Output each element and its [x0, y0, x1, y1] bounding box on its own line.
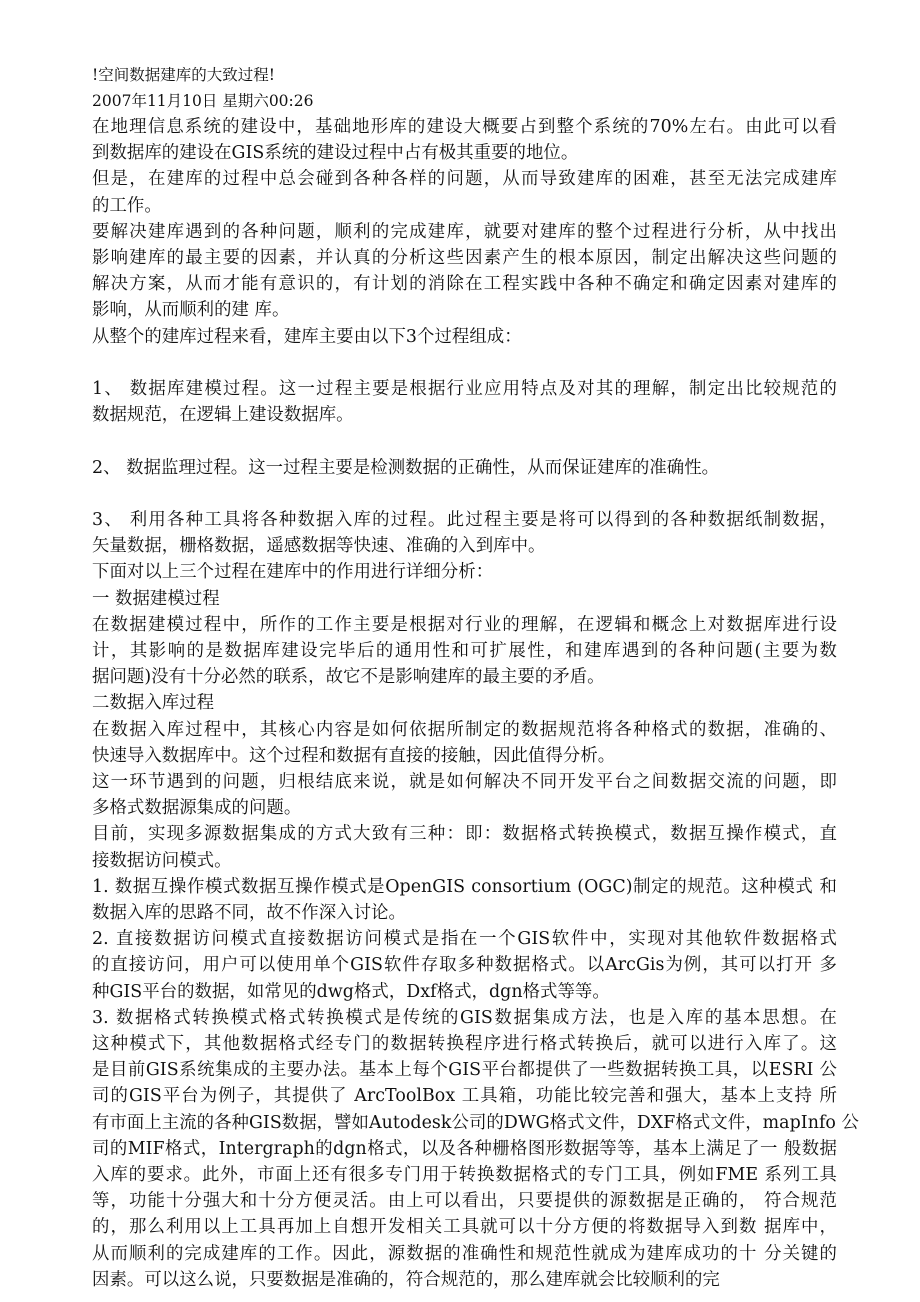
text-line: 这种模式下，其他数据格式经专门的数据转换程序进行格式转换后，就可以进行入库了。这 [92, 1031, 837, 1057]
text-line: 要解决建库遇到的各种问题，顺利的完成建库，就要对建库的整个过程进行分析，从中找出 [92, 219, 837, 245]
text-line: 1、 数据库建模过程。这一过程主要是根据行业应用特点及对其的理解，制定出比较规范… [92, 376, 837, 402]
text-line: 从而顺利的完成建库的工作。因此，源数据的准确性和规范性就成为建库成功的十 分关键… [92, 1241, 837, 1267]
paragraph: 1. 数据互操作模式数据互操作模式是OpenGIS consortium (OG… [92, 874, 837, 926]
document-body: 在地理信息系统的建设中，基础地形库的建设大概要占到整个系统的70%左右。由此可以… [92, 114, 837, 1293]
paragraph: 这一环节遇到的问题，归根结底来说，就是如何解决不同开发平台之间数据交流的问题，即… [92, 769, 837, 821]
paragraph: 下面对以上三个过程在建库中的作用进行详细分析： [92, 559, 837, 585]
paragraph: 在数据建模过程中，所作的工作主要是根据对行业的理解，在逻辑和概念上对数据库进行设… [92, 612, 837, 691]
paragraph: 3、 利用各种工具将各种数据入库的过程。此过程主要是将可以得到的各种数据纸制数据… [92, 507, 837, 559]
text-line: 在地理信息系统的建设中，基础地形库的建设大概要占到整个系统的70%左右。由此可以… [92, 114, 837, 140]
text-line: 2、 数据监理过程。这一过程主要是检测数据的正确性，从而保证建库的准确性。 [92, 455, 837, 481]
document-date: 2007年11月10日 星期六00:26 [92, 88, 837, 114]
paragraph: 2、 数据监理过程。这一过程主要是检测数据的正确性，从而保证建库的准确性。 [92, 455, 837, 481]
text-line: 数据规范，在逻辑上建设数据库。 [92, 402, 837, 428]
text-line: 但是，在建库的过程中总会碰到各种各样的问题，从而导致建库的困难，甚至无法完成建库 [92, 166, 837, 192]
text-line: 等，功能十分强大和十分方便灵活。由上可以看出，只要提供的源数据是正确的， 符合规… [92, 1188, 837, 1214]
text-line: 计，其影响的是数据库建设完毕后的通用性和可扩展性，和建库遇到的各种问题(主要为数 [92, 638, 837, 664]
paragraph: 二数据入库过程 [92, 690, 837, 716]
text-line: 司的MIF格式，Intergraph的dgn格式，以及各种栅格图形数据等等，基本… [92, 1136, 837, 1162]
blank-line [92, 428, 837, 454]
paragraph: 1、 数据库建模过程。这一过程主要是根据行业应用特点及对其的理解，制定出比较规范… [92, 376, 837, 428]
text-line: 数据入库的思路不同，故不作深入讨论。 [92, 900, 837, 926]
text-line: 目前，实现多源数据集成的方式大致有三种：即：数据格式转换模式，数据互操作模式，直 [92, 821, 837, 847]
text-line: 3. 数据格式转换模式格式转换模式是传统的GIS数据集成方法，也是入库的基本思想… [92, 1005, 837, 1031]
text-line: 1. 数据互操作模式数据互操作模式是OpenGIS consortium (OG… [92, 874, 837, 900]
text-line: 影响建库的最主要的因素，并认真的分析这些因素产生的根本原因，制定出解决这些问题的 [92, 245, 837, 271]
text-line: 下面对以上三个过程在建库中的作用进行详细分析： [92, 559, 837, 585]
text-line: 一 数据建模过程 [92, 586, 837, 612]
document-page: !空间数据建库的大致过程! 2007年11月10日 星期六00:26 在地理信息… [92, 62, 837, 1293]
text-line: 因素。可以这么说，只要数据是准确的，符合规范的，那么建库就会比较顺利的完 [92, 1267, 837, 1293]
paragraph: 但是，在建库的过程中总会碰到各种各样的问题，从而导致建库的困难，甚至无法完成建库… [92, 166, 837, 218]
paragraph: 在数据入库过程中，其核心内容是如何依据所制定的数据规范将各种格式的数据，准确的、… [92, 717, 837, 769]
text-line: 在数据建模过程中，所作的工作主要是根据对行业的理解，在逻辑和概念上对数据库进行设 [92, 612, 837, 638]
paragraph: 在地理信息系统的建设中，基础地形库的建设大概要占到整个系统的70%左右。由此可以… [92, 114, 837, 166]
paragraph: 2. 直接数据访问模式直接数据访问模式是指在一个GIS软件中，实现对其他软件数据… [92, 926, 837, 1005]
text-line: 多格式数据源集成的问题。 [92, 795, 837, 821]
text-line: 入库的要求。此外，市面上还有很多专门用于转换数据格式的专门工具，例如FME 系列… [92, 1162, 837, 1188]
paragraph: 从整个的建库过程来看，建库主要由以下3个过程组成： [92, 324, 837, 350]
text-line: 这一环节遇到的问题，归根结底来说，就是如何解决不同开发平台之间数据交流的问题，即 [92, 769, 837, 795]
document-title: !空间数据建库的大致过程! [92, 62, 837, 88]
text-line: 影响，从而顺利的建 库。 [92, 297, 837, 323]
paragraph: 一 数据建模过程 [92, 586, 837, 612]
text-line: 从整个的建库过程来看，建库主要由以下3个过程组成： [92, 324, 837, 350]
paragraph: 3. 数据格式转换模式格式转换模式是传统的GIS数据集成方法，也是入库的基本思想… [92, 1005, 837, 1293]
text-line: 司的GIS平台为例子，其提供了 ArcToolBox 工具箱，功能比较完善和强大… [92, 1083, 837, 1109]
text-line: 二数据入库过程 [92, 690, 837, 716]
text-line: 解决方案，从而才能有意识的，有计划的消除在工程实践中各种不确定和确定因素对建库的 [92, 271, 837, 297]
text-line: 种GIS平台的数据，如常见的dwg格式，Dxf格式，dgn格式等等。 [92, 979, 837, 1005]
text-line: 2. 直接数据访问模式直接数据访问模式是指在一个GIS软件中，实现对其他软件数据… [92, 926, 837, 952]
text-line: 3、 利用各种工具将各种数据入库的过程。此过程主要是将可以得到的各种数据纸制数据… [92, 507, 837, 533]
blank-line [92, 481, 837, 507]
text-line: 矢量数据，栅格数据，遥感数据等快速、准确的入到库中。 [92, 533, 837, 559]
text-line: 有市面上主流的各种GIS数据，譬如Autodesk公司的DWG格式文件，DXF格… [92, 1110, 837, 1136]
text-line: 的工作。 [92, 193, 837, 219]
text-line: 在数据入库过程中，其核心内容是如何依据所制定的数据规范将各种格式的数据，准确的、 [92, 717, 837, 743]
text-line: 接数据访问模式。 [92, 848, 837, 874]
text-line: 据问题)没有十分必然的联系，故它不是影响建库的最主要的矛盾。 [92, 664, 837, 690]
blank-line [92, 350, 837, 376]
paragraph: 目前，实现多源数据集成的方式大致有三种：即：数据格式转换模式，数据互操作模式，直… [92, 821, 837, 873]
text-line: 快速导入数据库中。这个过程和数据有直接的接触，因此值得分析。 [92, 743, 837, 769]
paragraph: 要解决建库遇到的各种问题，顺利的完成建库，就要对建库的整个过程进行分析，从中找出… [92, 219, 837, 324]
text-line: 的直接访问，用户可以使用单个GIS软件存取多种数据格式。以ArcGis为例，其可… [92, 952, 837, 978]
text-line: 到数据库的建设在GIS系统的建设过程中占有极其重要的地位。 [92, 140, 837, 166]
text-line: 的，那么利用以上工具再加上自想开发相关工具就可以十分方便的将数据导入到数 据库中… [92, 1214, 837, 1240]
text-line: 是目前GIS系统集成的主要办法。基本上每个GIS平台都提供了一些数据转换工具，以… [92, 1057, 837, 1083]
